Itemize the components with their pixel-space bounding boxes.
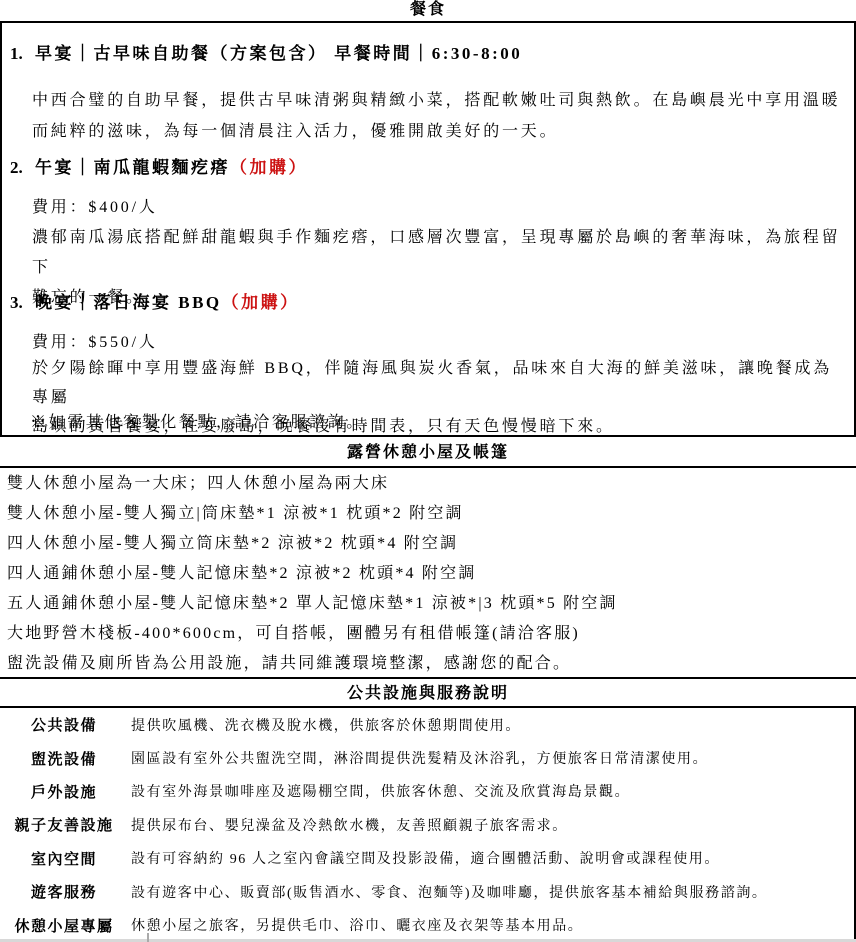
facility-description: 設有遊客中心、販賣部(販售酒水、零食、泡麵等)及咖啡廳，提供旅客基本補給與服務諮… bbox=[128, 882, 768, 902]
facility-row: 親子友善設施 提供尿布台、嬰兒澡盆及冷熱飲水機，友善照顧親子旅客需求。 bbox=[0, 808, 854, 841]
facility-label: 戶外設施 bbox=[0, 781, 128, 802]
facility-label: 盥洗設備 bbox=[0, 748, 128, 769]
cabin-info-row: 雙人休憩小屋為一大床；四人休憩小屋為兩大床 bbox=[7, 469, 856, 499]
cabin-info-text: 四人通鋪休憩小屋-雙人記憶床墊*2 涼被*2 枕頭*4 附空調 bbox=[7, 565, 477, 582]
facility-description: 提供尿布台、嬰兒澡盆及冷熱飲水機，友善照顧親子旅客需求。 bbox=[128, 815, 568, 835]
meal-item-2-number: 2. bbox=[10, 158, 35, 178]
cabin-info-text: 雙人休憩小屋為一大床；四人休憩小屋為兩大床 bbox=[7, 475, 389, 492]
meal-item-2-addon-label: （加購） bbox=[230, 158, 308, 177]
facility-row: 盥洗設備 園區設有室外公共盥洗空間，淋浴間提供洗髮精及沐浴乳，方便旅客日常清潔使… bbox=[0, 741, 854, 774]
meals-custom-note: ※如需其他客製化餐點，請洽客服諮詢。 bbox=[30, 409, 365, 432]
meals-section: 1.早宴｜古早味自助餐（方案包含） 早餐時間｜6:30-8:00 中西合璧的自助… bbox=[0, 23, 856, 437]
meal-item-3-number: 3. bbox=[10, 293, 35, 313]
meal-item-3-addon-label: （加購） bbox=[222, 293, 300, 312]
cabin-info-row: 大地野營木棧板-400*600cm，可自搭帳，團體另有租借帳篷(請洽客服) bbox=[7, 619, 856, 649]
cabins-section: 雙人休憩小屋為一大床；四人休憩小屋為兩大床 雙人休憩小屋-雙人獨立|筒床墊*1 … bbox=[0, 468, 856, 679]
meal-item-3-heading: 3.晚宴｜落日海宴 BBQ（加購） bbox=[10, 288, 840, 313]
facility-label: 遊客服務 bbox=[0, 881, 128, 902]
facilities-section-header: 公共設施與服務說明 bbox=[0, 681, 856, 708]
facility-description: 設有室外海景咖啡座及遮陽棚空間，供旅客休憩、交流及欣賞海島景觀。 bbox=[128, 781, 630, 801]
facility-row: 遊客服務 設有遊客中心、販賣部(販售酒水、零食、泡麵等)及咖啡廳，提供旅客基本補… bbox=[0, 875, 854, 908]
meal-item-2-title: 午宴｜南瓜龍蝦麵疙瘩 bbox=[35, 158, 230, 177]
facility-row: 公共設備 提供吹風機、洗衣機及脫水機，供旅客於休憩期間使用。 bbox=[0, 708, 854, 741]
meals-section-title: 餐食 bbox=[410, 1, 446, 18]
cabin-info-row: 四人通鋪休憩小屋-雙人記憶床墊*2 涼被*2 枕頭*4 附空調 bbox=[7, 559, 856, 589]
facility-label: 休憩小屋專屬 bbox=[0, 915, 128, 936]
facility-label: 室內空間 bbox=[0, 848, 128, 869]
meal-item-2-fee: 費用：$400/人 bbox=[32, 193, 844, 223]
meal-item-1-heading: 1.早宴｜古早味自助餐（方案包含） 早餐時間｜6:30-8:00 bbox=[10, 39, 840, 64]
meal-item-1-description: 中西合璧的自助早餐，提供古早味清粥與精緻小菜，搭配軟嫩吐司與熱飲。在島嶼晨光中享… bbox=[32, 85, 844, 147]
cabins-section-header: 露營休憩小屋及帳篷 bbox=[0, 439, 856, 468]
bottom-column-divider-tick bbox=[147, 933, 149, 942]
cabin-info-row: 雙人休憩小屋-雙人獨立|筒床墊*1 涼被*1 枕頭*2 附空調 bbox=[7, 499, 856, 529]
facilities-section-title: 公共設施與服務說明 bbox=[347, 685, 509, 702]
facility-row: 休憩小屋專屬 休憩小屋之旅客，另提供毛巾、浴巾、曬衣座及衣架等基本用品。 bbox=[0, 908, 854, 941]
facility-label: 公共設備 bbox=[0, 714, 128, 735]
cabins-section-title: 露營休憩小屋及帳篷 bbox=[347, 444, 509, 461]
cabin-info-text: 五人通鋪休憩小屋-雙人記憶床墊*2 單人記憶床墊*1 涼被*|3 枕頭*5 附空… bbox=[7, 595, 618, 612]
meal-item-3-title: 晚宴｜落日海宴 BBQ bbox=[35, 293, 222, 312]
cabin-info-row: 五人通鋪休憩小屋-雙人記憶床墊*2 單人記憶床墊*1 涼被*|3 枕頭*5 附空… bbox=[7, 589, 856, 619]
cabin-info-row: 四人休憩小屋-雙人獨立筒床墊*2 涼被*2 枕頭*4 附空調 bbox=[7, 529, 856, 559]
meal-item-2-heading: 2.午宴｜南瓜龍蝦麵疙瘩（加購） bbox=[10, 153, 840, 178]
cabin-info-text: 盥洗設備及廁所皆為公用設施，請共同維護環境整潔，感謝您的配合。 bbox=[7, 655, 571, 672]
cabin-info-text: 雙人休憩小屋-雙人獨立|筒床墊*1 涼被*1 枕頭*2 附空調 bbox=[7, 505, 464, 522]
meal-item-1-number: 1. bbox=[10, 44, 35, 64]
cabin-info-text: 大地野營木棧板-400*600cm，可自搭帳，團體另有租借帳篷(請洽客服) bbox=[7, 625, 580, 642]
facility-description: 休憩小屋之旅客，另提供毛巾、浴巾、曬衣座及衣架等基本用品。 bbox=[128, 915, 583, 935]
facility-description: 提供吹風機、洗衣機及脫水機，供旅客於休憩期間使用。 bbox=[128, 715, 521, 735]
cabin-info-text: 四人休憩小屋-雙人獨立筒床墊*2 涼被*2 枕頭*4 附空調 bbox=[7, 535, 458, 552]
document-page: 餐食 1.早宴｜古早味自助餐（方案包含） 早餐時間｜6:30-8:00 中西合璧… bbox=[0, 0, 856, 942]
facility-label: 親子友善設施 bbox=[0, 814, 128, 835]
facility-row: 室內空間 設有可容納約 96 人之室內會議空間及投影設備，適合團體活動、說明會或… bbox=[0, 842, 854, 875]
facility-row: 戶外設施 設有室外海景咖啡座及遮陽棚空間，供旅客休憩、交流及欣賞海島景觀。 bbox=[0, 775, 854, 808]
facility-description: 設有可容納約 96 人之室內會議空間及投影設備，適合團體活動、說明會或課程使用。 bbox=[128, 848, 720, 868]
meal-item-1-title: 早宴｜古早味自助餐（方案包含） 早餐時間｜6:30-8:00 bbox=[35, 44, 522, 63]
cabin-info-row: 盥洗設備及廁所皆為公用設施，請共同維護環境整潔，感謝您的配合。 bbox=[7, 649, 856, 679]
facility-description: 園區設有室外公共盥洗空間，淋浴間提供洗髮精及沐浴乳，方便旅客日常清潔使用。 bbox=[128, 748, 708, 768]
meals-section-header: 餐食 bbox=[0, 0, 856, 23]
facilities-section: 公共設備 提供吹風機、洗衣機及脫水機，供旅客於休憩期間使用。 盥洗設備 園區設有… bbox=[0, 708, 856, 942]
